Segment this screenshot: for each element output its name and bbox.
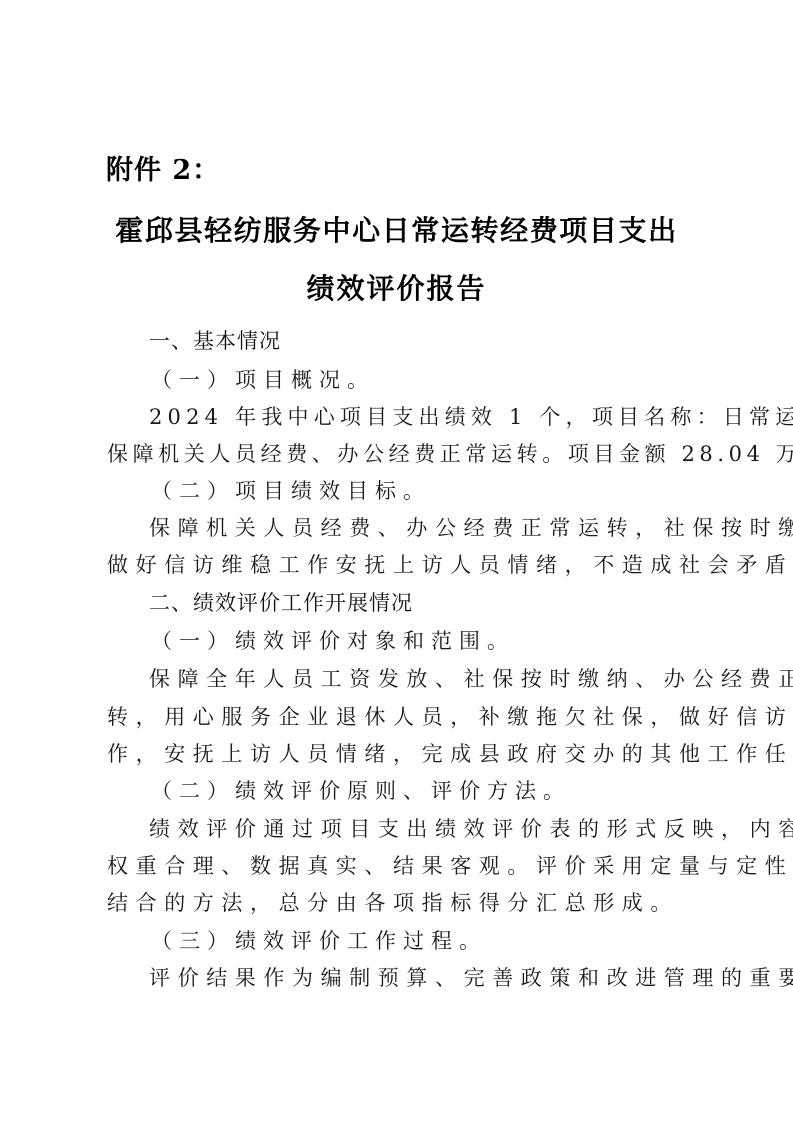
subsection-heading-evaluation-scope: （一）绩效评价对象和范围。 [151,627,735,655]
paragraph-line: 绩效评价通过项目支出绩效评价表的形式反映，内容完整、 [149,815,691,843]
document-title-line-1: 霍邱县轻纺服务中心日常运转经费项目支出 [0,211,793,251]
paragraph-line: 转，用心服务企业退休人员，补缴拖欠社保，做好信访维稳工 [107,703,691,731]
subsection-heading-performance-goal: （二）项目绩效目标。 [151,477,735,505]
subsection-heading-project-overview: （一）项目概况。 [151,366,735,394]
subsection-heading-evaluation-method: （二）绩效评价原则、评价方法。 [151,777,735,805]
paragraph-line: 评价结果作为编制预算、完善政策和改进管理的重要依据， [149,964,691,992]
paragraph-line: 2024 年我中心项目支出绩效 1 个，项目名称：日常运转类， [149,403,691,431]
paragraph-line: 结合的方法，总分由各项指标得分汇总形成。 [107,889,691,917]
paragraph-line: 保障机关人员经费、办公经费正常运转。项目金额 28.04 万元。 [107,440,691,468]
section-heading-basic-info: 一、基本情况 [149,327,691,355]
paragraph-line: 做好信访维稳工作安抚上访人员情绪，不造成社会矛盾。 [107,551,691,579]
document-page: 附件 2： 霍邱县轻纺服务中心日常运转经费项目支出 绩效评价报告 一、基本情况 … [0,0,793,1122]
paragraph-line: 作，安抚上访人员情绪，完成县政府交办的其他工作任务。 [107,740,691,768]
document-title-line-2: 绩效评价报告 [0,269,793,309]
paragraph-line: 权重合理、数据真实、结果客观。评价采用定量与定性评价相 [107,852,691,880]
attachment-label: 附件 2： [106,153,220,189]
section-heading-evaluation-work: 二、绩效评价工作开展情况 [149,589,691,617]
paragraph-line: 保障全年人员工资发放、社保按时缴纳、办公经费正常运 [149,665,691,693]
subsection-heading-evaluation-process: （三）绩效评价工作过程。 [151,927,735,955]
paragraph-line: 保障机关人员经费、办公经费正常运转，社保按时缴纳， [149,514,691,542]
